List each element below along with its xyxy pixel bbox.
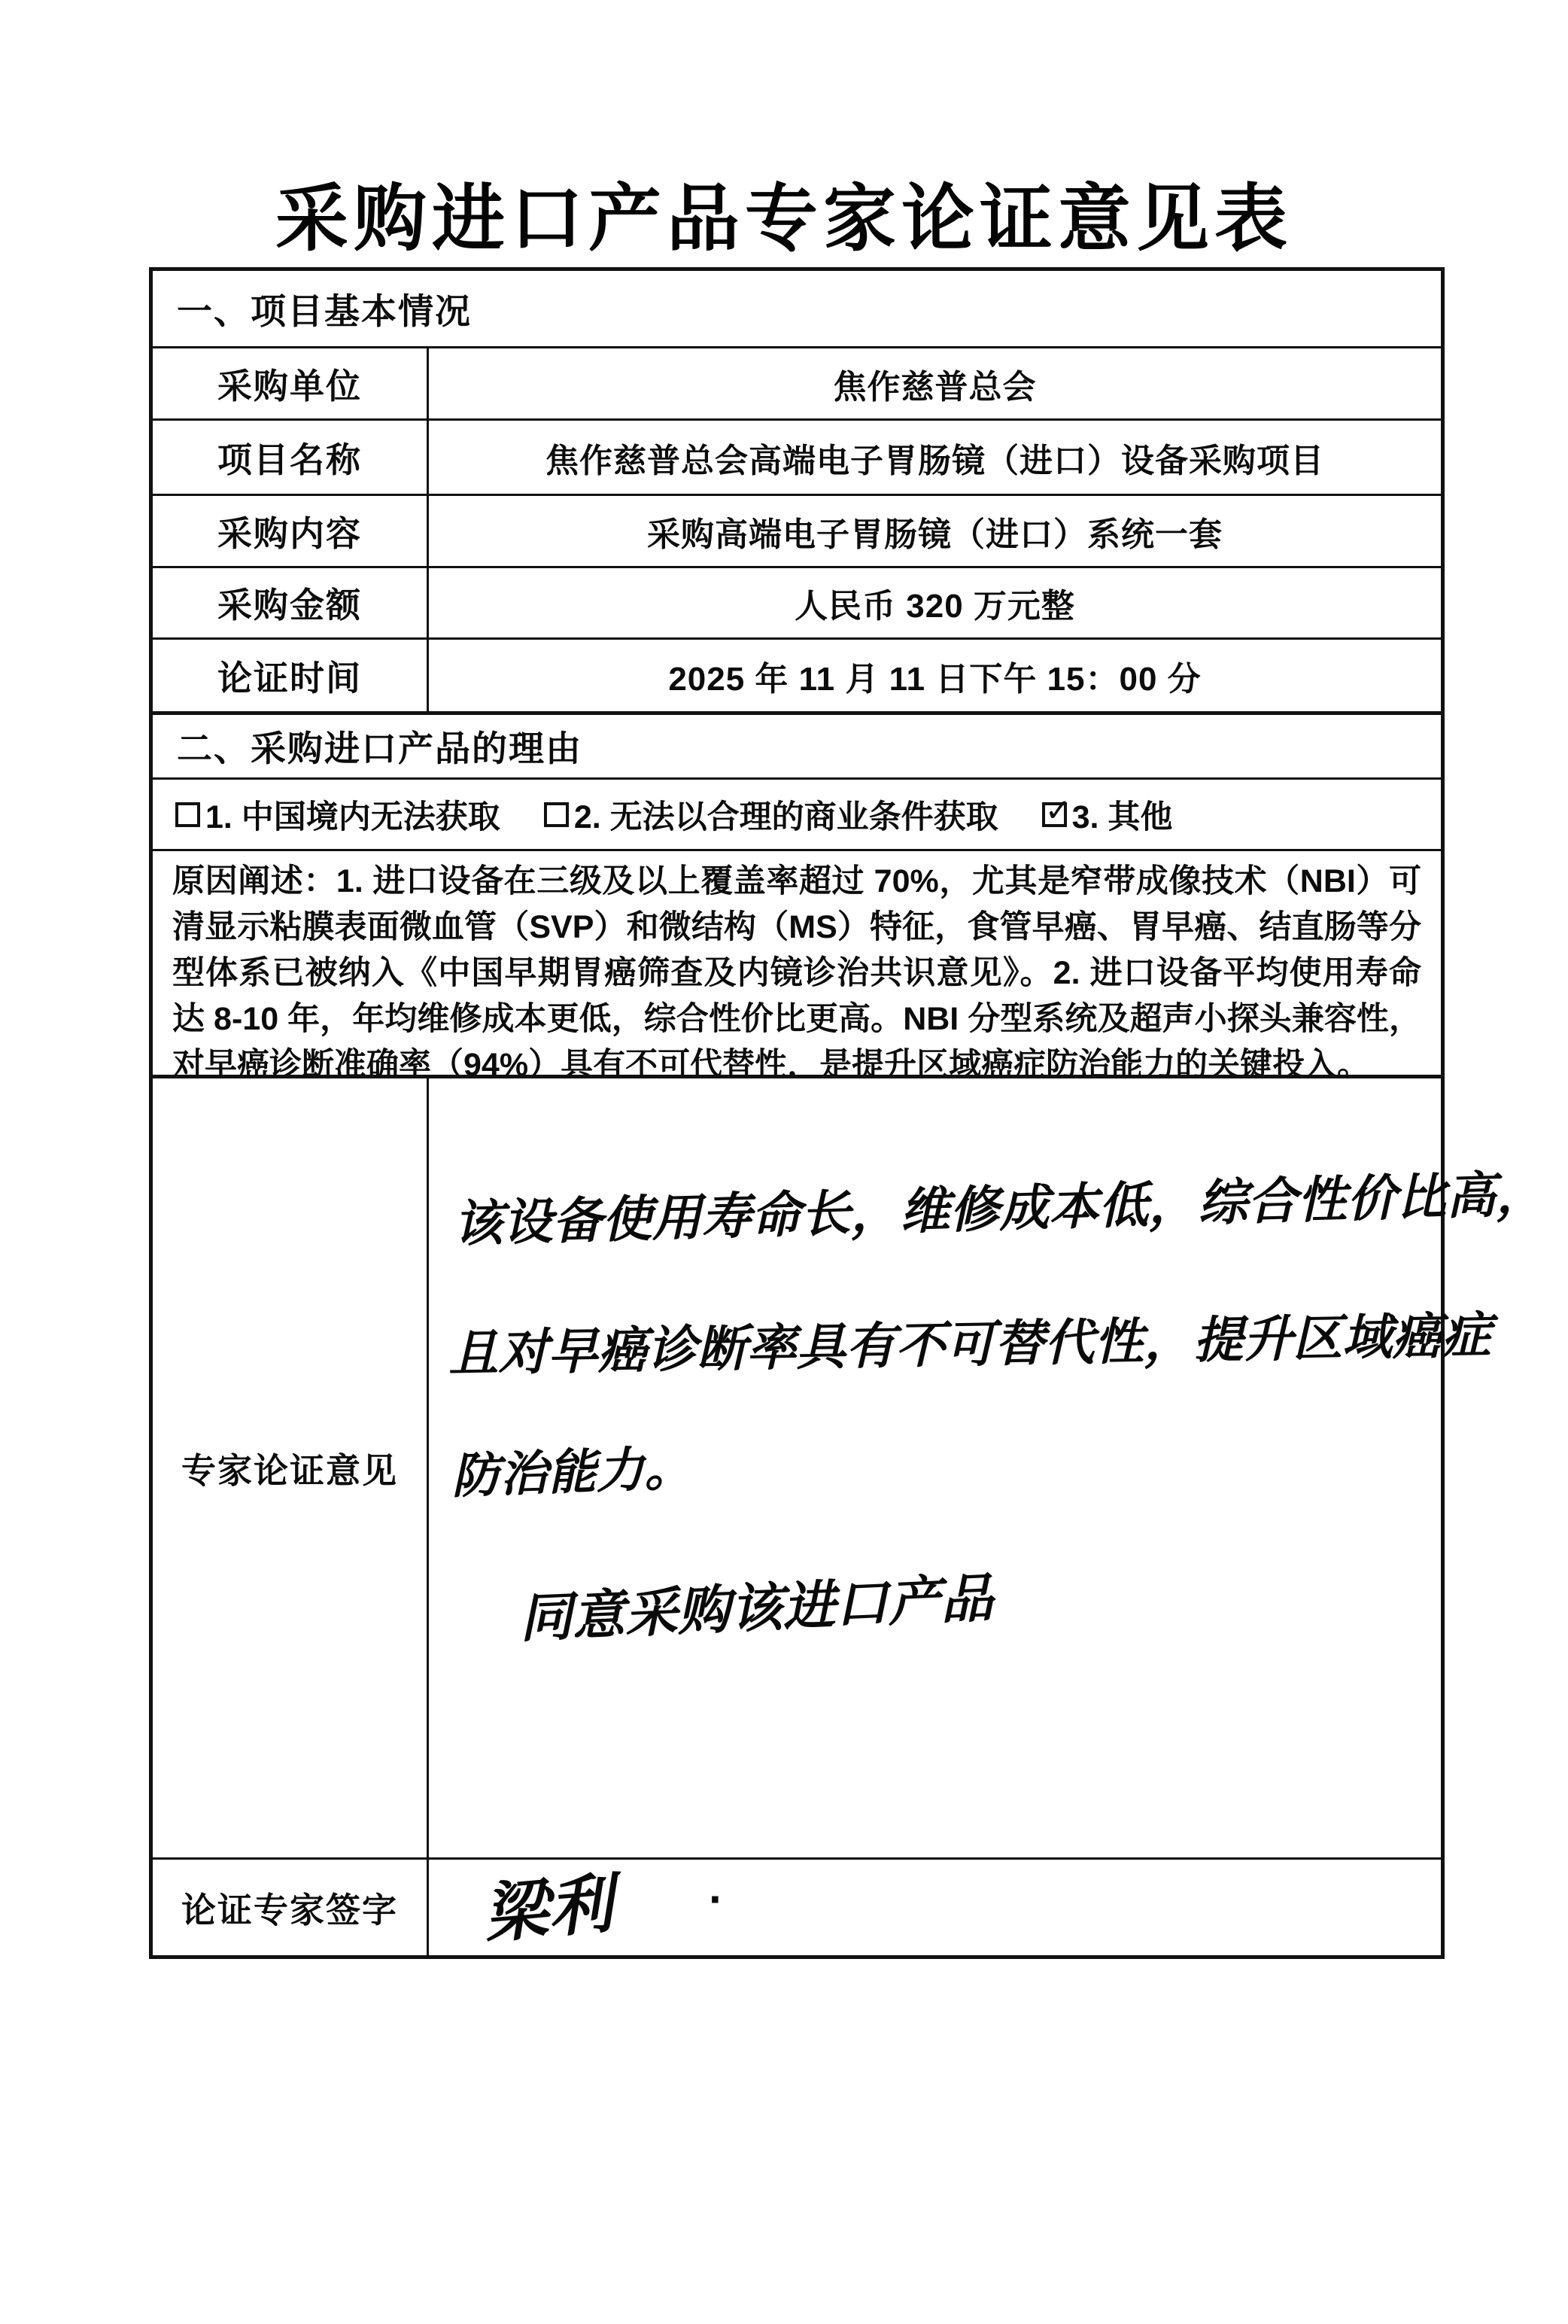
reason-option-label: 2. 无法以合理的商业条件获取 bbox=[574, 792, 998, 838]
expert-opinion-row: 专家论证意见 该设备使用寿命长，维修成本低，综合性价比高， 且对早癌诊断率具有不… bbox=[153, 1075, 1441, 1857]
reason-option-1: 1. 中国境内无法获取 bbox=[175, 792, 500, 838]
scanned-form-page: 采购进口产品专家论证意见表 一、项目基本情况 采购单位 焦作慈普总会 项目名称 … bbox=[0, 0, 1568, 2324]
handwritten-opinion-line: 该设备使用寿命长，维修成本低，综合性价比高， bbox=[452, 1154, 1546, 1256]
signature-label: 论证专家签字 bbox=[153, 1860, 429, 1955]
document-title: 采购进口产品专家论证意见表 bbox=[0, 160, 1568, 265]
checkbox-checked-icon[interactable]: ✓ bbox=[1042, 802, 1067, 827]
check-icon: ✓ bbox=[1045, 795, 1071, 826]
section2-header: 二、采购进口产品的理由 bbox=[153, 711, 1441, 777]
section1-header: 一、项目基本情况 bbox=[153, 271, 1441, 346]
table-row-purchase-content: 采购内容 采购高端电子胃肠镜（进口）系统一套 bbox=[153, 494, 1441, 566]
table-row-project-name: 项目名称 焦作慈普总会高端电子胃肠镜（进口）设备采购项目 bbox=[153, 418, 1441, 494]
field-label-purchase-unit: 采购单位 bbox=[153, 348, 429, 418]
field-value-project-name: 焦作慈普总会高端电子胃肠镜（进口）设备采购项目 bbox=[429, 421, 1441, 494]
expert-opinion-content: 该设备使用寿命长，维修成本低，综合性价比高， 且对早癌诊断率具有不可替代性，提升… bbox=[429, 1078, 1441, 1857]
pen-mark: · bbox=[709, 1873, 724, 1925]
expert-opinion-label: 专家论证意见 bbox=[153, 1078, 429, 1857]
checkbox-unchecked-icon[interactable] bbox=[175, 802, 200, 827]
handwritten-opinion-line: 且对早癌诊断率具有不可替代性，提升区域癌症 bbox=[448, 1295, 1491, 1385]
field-value-review-time: 2025 年 11 月 11 日下午 15：00 分 bbox=[429, 640, 1441, 711]
handwritten-opinion-line: 防治能力。 bbox=[450, 1429, 693, 1507]
reason-option-2: 2. 无法以合理的商业条件获取 bbox=[544, 792, 998, 838]
reason-option-label: 1. 中国境内无法获取 bbox=[205, 792, 500, 838]
reason-checkbox-row: 1. 中国境内无法获取 2. 无法以合理的商业条件获取 ✓ 3. 其他 bbox=[153, 777, 1441, 849]
reason-option-label: 3. 其他 bbox=[1072, 792, 1173, 838]
table-row-review-time: 论证时间 2025 年 11 月 11 日下午 15：00 分 bbox=[153, 637, 1441, 711]
signature-area: 梁利 · bbox=[429, 1860, 1441, 1955]
field-label-purchase-amount: 采购金额 bbox=[153, 568, 429, 637]
expert-opinion-form-table: 一、项目基本情况 采购单位 焦作慈普总会 项目名称 焦作慈普总会高端电子胃肠镜（… bbox=[149, 267, 1445, 1959]
reason-statement-paragraph: 原因阐述：1. 进口设备在三级及以上覆盖率超过 70%，尤其是窄带成像技术（NB… bbox=[153, 849, 1441, 1075]
field-label-project-name: 项目名称 bbox=[153, 421, 429, 494]
field-value-purchase-unit: 焦作慈普总会 bbox=[429, 348, 1441, 418]
handwritten-opinion-line: 同意采购该进口产品 bbox=[518, 1556, 995, 1652]
field-value-purchase-amount: 人民币 320 万元整 bbox=[429, 568, 1441, 637]
signature-row: 论证专家签字 梁利 · bbox=[153, 1857, 1441, 1955]
checkbox-unchecked-icon[interactable] bbox=[544, 802, 569, 827]
field-value-purchase-content: 采购高端电子胃肠镜（进口）系统一套 bbox=[429, 496, 1441, 566]
handwritten-signature: 梁利 bbox=[479, 1851, 616, 1956]
table-row-purchase-unit: 采购单位 焦作慈普总会 bbox=[153, 346, 1441, 418]
table-row-purchase-amount: 采购金额 人民币 320 万元整 bbox=[153, 566, 1441, 637]
field-label-purchase-content: 采购内容 bbox=[153, 496, 429, 566]
reason-option-3: ✓ 3. 其他 bbox=[1042, 792, 1173, 838]
field-label-review-time: 论证时间 bbox=[153, 640, 429, 711]
